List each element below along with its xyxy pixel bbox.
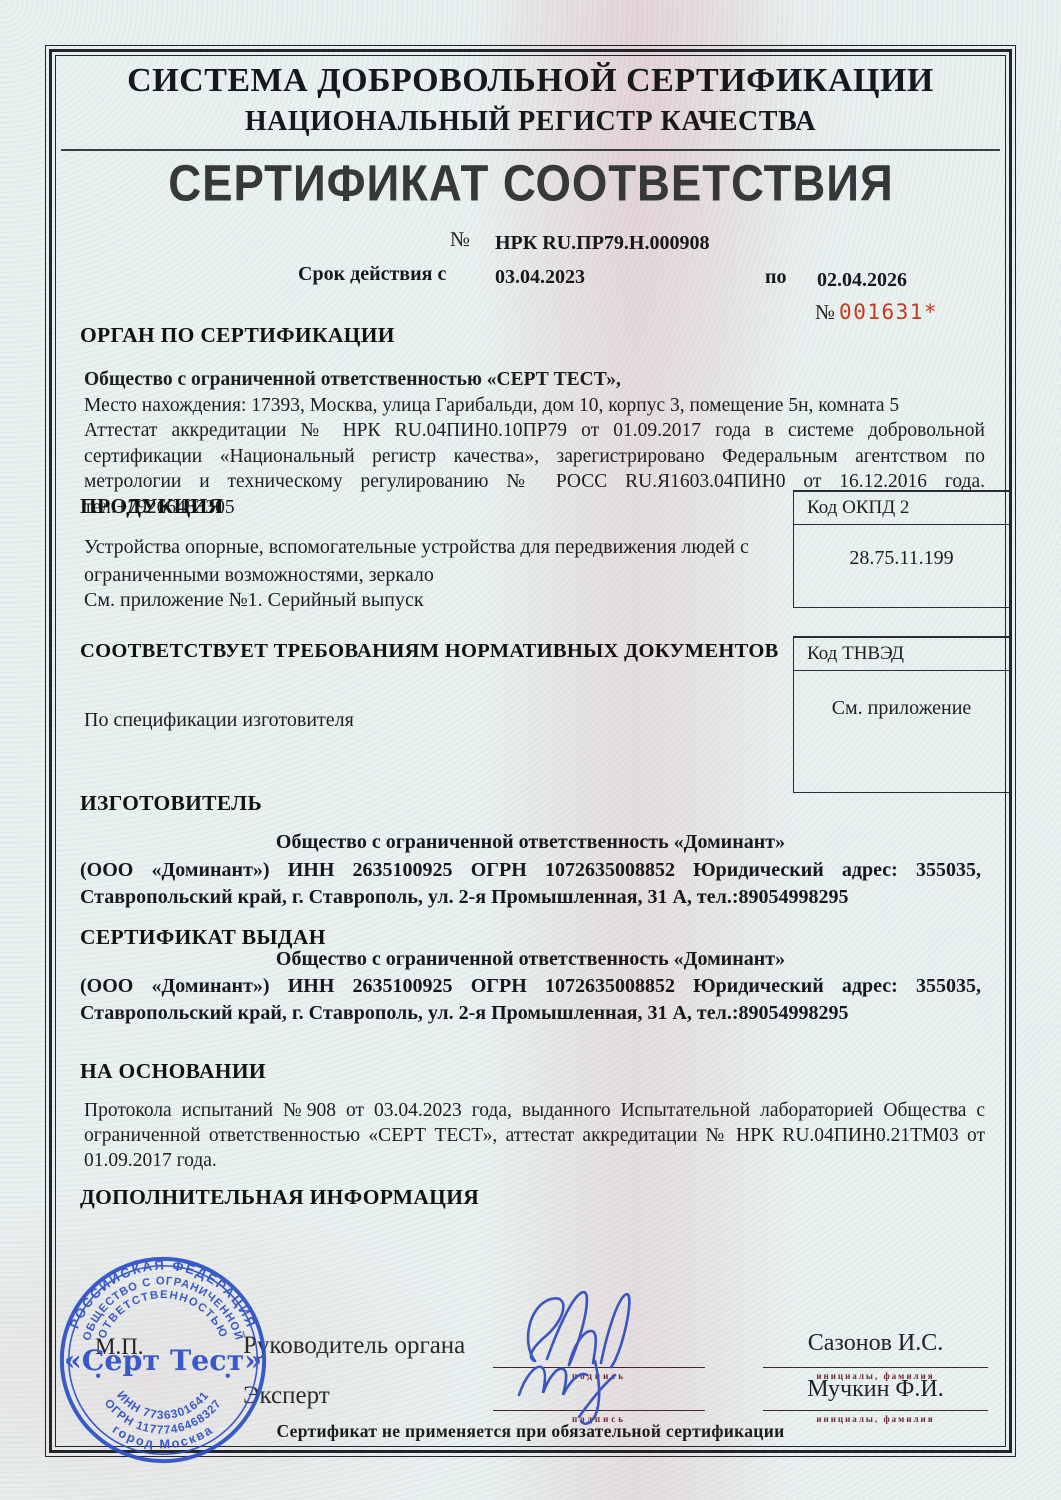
production-description: Устройства опорные, вспомогательные устр… bbox=[84, 533, 749, 589]
system-title-line1: СИСТЕМА ДОБРОВОЛЬНОЙ СЕРТИФИКАЦИИ bbox=[60, 62, 1001, 100]
stamp-dot-left bbox=[66, 1358, 71, 1363]
section-issued-heading: СЕРТИФИКАТ ВЫДАН bbox=[80, 925, 326, 950]
handwritten-signatures bbox=[495, 1283, 715, 1433]
blank-number-label: № bbox=[815, 300, 835, 324]
document-title-text: СЕРТИФИКАТ СООТВЕТСТВИЯ bbox=[168, 155, 893, 213]
certificate-number-label: № bbox=[450, 227, 470, 252]
section-additional-heading: ДОПОЛНИТЕЛЬНАЯ ИНФОРМАЦИЯ bbox=[80, 1185, 479, 1210]
signature-head-stroke3 bbox=[569, 1331, 596, 1365]
role-head-label: Руководитель органа bbox=[243, 1332, 465, 1360]
system-title-line2: НАЦИОНАЛЬНЫЙ РЕГИСТР КАЧЕСТВА bbox=[60, 106, 1001, 138]
tnved-code-box: Код ТНВЭД См. приложение bbox=[793, 636, 1009, 793]
validity-label: Срок действия с bbox=[298, 263, 446, 286]
issued-name: Общество с ограниченной ответственность … bbox=[80, 948, 981, 971]
okpd-code-value: 28.75.11.199 bbox=[794, 547, 1009, 570]
conformity-text: По спецификации изготовителя bbox=[84, 708, 354, 734]
valid-to-date: 02.04.2026 bbox=[817, 269, 907, 292]
expert-name: Мучкин Ф.И. bbox=[763, 1376, 988, 1403]
org-stamp: РОССИЙСКАЯ ФЕДЕРАЦИЯ ОБЩЕСТВО С ОГРАНИЧЕ… bbox=[55, 1252, 271, 1468]
valid-from-date: 03.04.2023 bbox=[495, 266, 585, 289]
tnved-code-value: См. приложение bbox=[794, 697, 1009, 720]
section-basis-heading: НА ОСНОВАНИИ bbox=[80, 1059, 266, 1084]
issued-details: (ООО «Доминант») ИНН 2635100925 ОГРН 107… bbox=[80, 973, 981, 1027]
valid-to-label: по bbox=[765, 266, 787, 289]
manufacturer-name: Общество с ограниченной ответственность … bbox=[80, 831, 981, 854]
certification-body-name: Общество с ограниченной ответственностью… bbox=[84, 367, 985, 393]
stamp-dot-left2 bbox=[96, 1374, 100, 1378]
header-divider bbox=[61, 149, 1000, 151]
okpd-code-label: Код ОКПД 2 bbox=[794, 492, 1009, 525]
name-line-head bbox=[763, 1367, 988, 1368]
manufacturer-details: (ООО «Доминант») ИНН 2635100925 ОГРН 107… bbox=[80, 857, 981, 911]
blank-number-value: 001631* bbox=[839, 300, 938, 324]
stamp-dot-right2 bbox=[226, 1374, 230, 1378]
section-production-heading: ПРОДУКЦИЯ bbox=[80, 494, 223, 519]
section-manufacturer-heading: ИЗГОТОВИТЕЛЬ bbox=[80, 791, 262, 816]
name-line-expert bbox=[763, 1410, 988, 1411]
signatures-svg bbox=[495, 1283, 715, 1433]
basis-text: Протокола испытаний №908 от 03.04.2023 г… bbox=[84, 1098, 985, 1173]
signature-head-stroke4 bbox=[601, 1294, 629, 1367]
org-stamp-svg: РОССИЙСКАЯ ФЕДЕРАЦИЯ ОБЩЕСТВО С ОГРАНИЧЕ… bbox=[55, 1252, 271, 1468]
certificate-number: НРК RU.ПР79.Н.000908 bbox=[495, 232, 710, 255]
stamp-center-text: «Серт Тест» bbox=[64, 1343, 262, 1377]
blank-number: № 001631* bbox=[815, 300, 938, 325]
stamp-dot-right bbox=[255, 1358, 260, 1363]
section-conformity-heading: СООТВЕТСТВУЕТ ТРЕБОВАНИЯМ НОРМАТИВНЫХ ДО… bbox=[80, 640, 790, 663]
document-title: СЕРТИФИКАТ СООТВЕТСТВИЯ bbox=[0, 156, 1061, 212]
production-annex: См. приложение №1. Серийный выпуск bbox=[84, 588, 749, 614]
signature-expert-stroke1 bbox=[519, 1367, 587, 1395]
tnved-code-label: Код ТНВЭД bbox=[794, 638, 1009, 671]
head-name: Сазонов И.С. bbox=[763, 1330, 988, 1357]
okpd-code-box: Код ОКПД 2 28.75.11.199 bbox=[793, 490, 1009, 608]
certification-body-address: Место нахождения: 17393, Москва, улица Г… bbox=[84, 393, 985, 419]
certificate-page: СИСТЕМА ДОБРОВОЛЬНОЙ СЕРТИФИКАЦИИ НАЦИОН… bbox=[0, 0, 1061, 1500]
section-certification-body-heading: ОРГАН ПО СЕРТИФИКАЦИИ bbox=[80, 323, 395, 348]
